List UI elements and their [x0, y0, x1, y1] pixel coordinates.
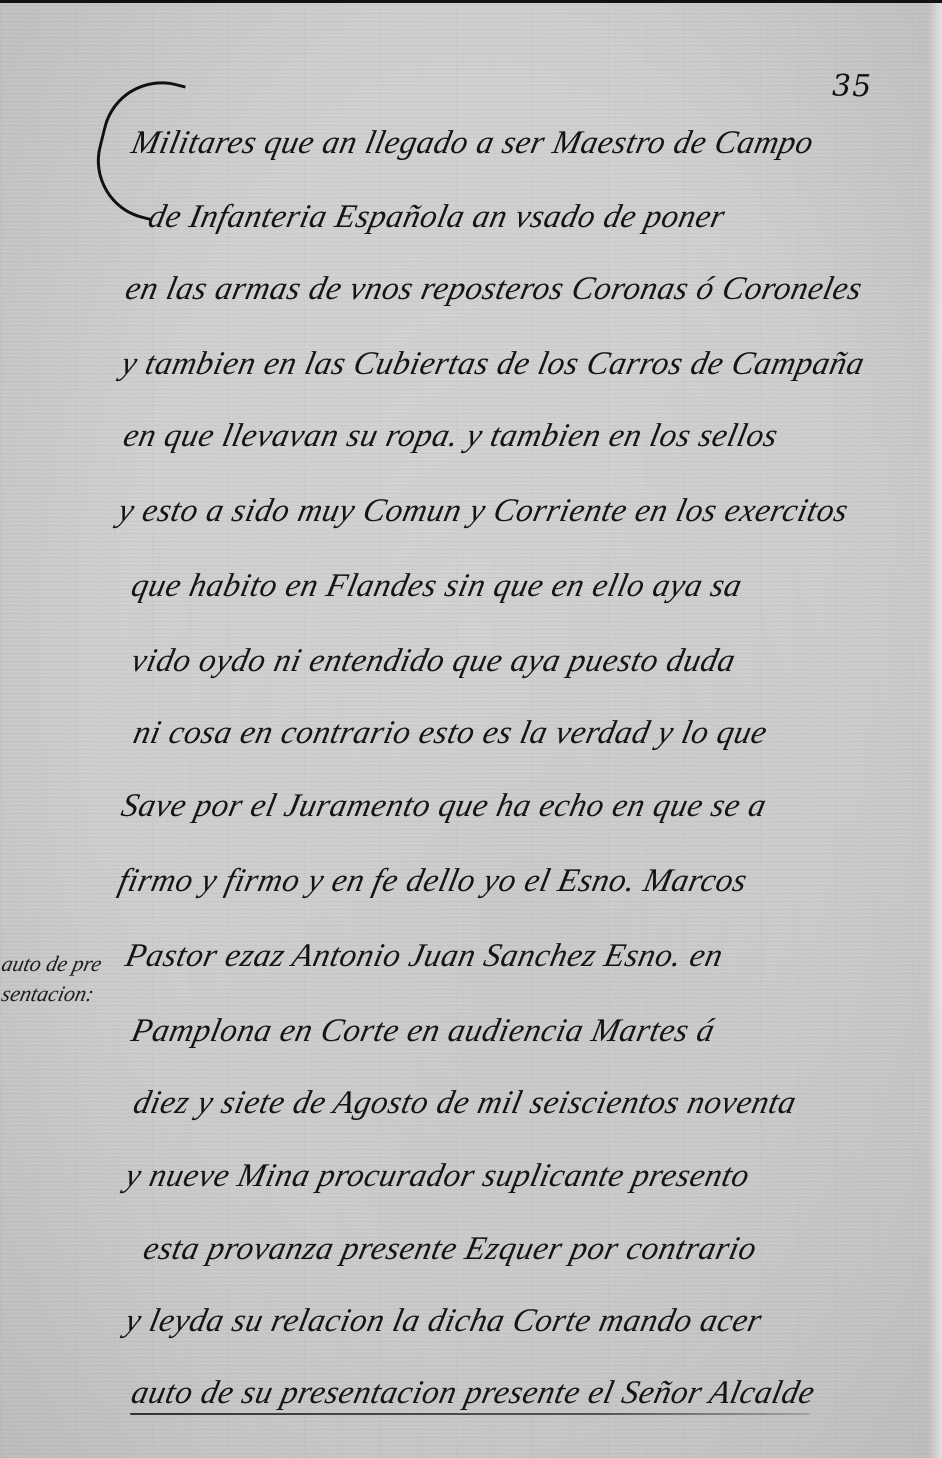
- closing-rule-line: [130, 1413, 810, 1415]
- manuscript-line: Pastor ezaz Antonio Juan Sanchez Esno. e…: [122, 938, 726, 975]
- manuscript-line: Pamplona en Corte en audiencia Martes á: [128, 1013, 718, 1050]
- folio-number: 35: [832, 69, 872, 104]
- manuscript-line: auto de su presentacion presente el Seño…: [128, 1375, 818, 1412]
- manuscript-line: y esto a sido muy Comun y Corriente en l…: [115, 493, 852, 530]
- manuscript-line: Save por el Juramento que ha echo en que…: [118, 788, 770, 825]
- manuscript-line: en las armas de vnos reposteros Coronas …: [122, 271, 865, 308]
- manuscript-line: y nueve Mina procurador suplicante prese…: [122, 1158, 753, 1195]
- manuscript-line: Militares que an llegado a ser Maestro d…: [128, 125, 817, 162]
- manuscript-line: diez y siete de Agosto de mil seisciento…: [130, 1085, 800, 1122]
- margin-note-line: auto de pre: [0, 951, 104, 977]
- manuscript-line: vido oydo ni entendido que aya puesto du…: [128, 643, 739, 680]
- manuscript-line: ni cosa en contrario esto es la verdad y…: [130, 715, 771, 752]
- manuscript-line: y tambien en las Cubiertas de los Carros…: [118, 346, 868, 383]
- margin-note-line: sentacion:: [0, 981, 96, 1007]
- manuscript-line: en que llevavan su ropa. y tambien en lo…: [120, 418, 781, 455]
- manuscript-page: 35 Militares que an llegado a ser Maestr…: [0, 0, 942, 1458]
- manuscript-line: esta provanza presente Ezquer por contra…: [140, 1231, 760, 1268]
- manuscript-line: de Infanteria Española an vsado de poner: [145, 199, 728, 236]
- manuscript-line: y leyda su relacion la dicha Corte mando…: [122, 1303, 765, 1340]
- manuscript-line: que habito en Flandes sin que en ello ay…: [128, 568, 745, 605]
- manuscript-line: firmo y firmo y en fe dello yo el Esno. …: [115, 863, 750, 900]
